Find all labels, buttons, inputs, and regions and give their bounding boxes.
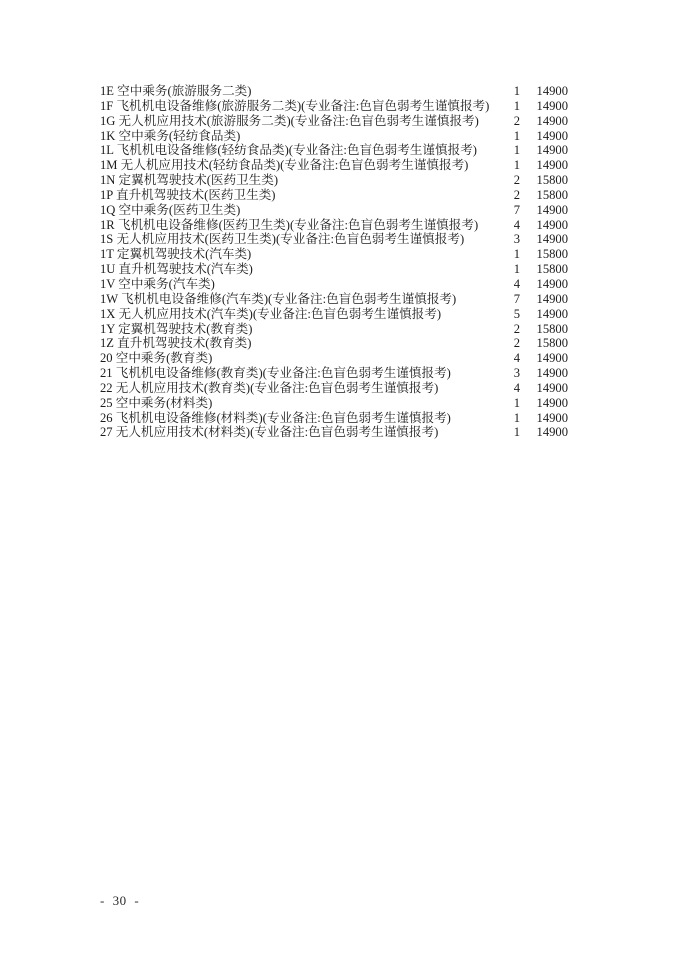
table-row: 1L 飞机机电设备维修(轻纺食品类)(专业备注:色盲色弱考生谨慎报考)11490… xyxy=(100,143,568,158)
table-row: 1K 空中乘务(轻纺食品类)114900 xyxy=(100,129,568,144)
program-label: 1Y 定翼机驾驶技术(教育类) xyxy=(100,322,492,337)
table-row: 20 空中乘务(教育类)414900 xyxy=(100,351,568,366)
table-row: 27 无人机应用技术(材料类)(专业备注:色盲色弱考生谨慎报考)114900 xyxy=(100,425,568,440)
plan-count: 7 xyxy=(492,203,520,218)
table-row: 1U 直升机驾驶技术(汽车类)115800 xyxy=(100,262,568,277)
plan-count: 4 xyxy=(492,381,520,396)
program-label: 1N 定翼机驾驶技术(医药卫生类) xyxy=(100,173,492,188)
table-row: 1S 无人机应用技术(医药卫生类)(专业备注:色盲色弱考生谨慎报考)314900 xyxy=(100,232,568,247)
tuition-fee: 14900 xyxy=(520,292,568,307)
program-label: 1M 无人机应用技术(轻纺食品类)(专业备注:色盲色弱考生谨慎报考) xyxy=(100,158,492,173)
table-row: 1P 直升机驾驶技术(医药卫生类)215800 xyxy=(100,188,568,203)
table-row: 1M 无人机应用技术(轻纺食品类)(专业备注:色盲色弱考生谨慎报考)114900 xyxy=(100,158,568,173)
tuition-fee: 15800 xyxy=(520,336,568,351)
program-label: 20 空中乘务(教育类) xyxy=(100,351,492,366)
table-row: 1N 定翼机驾驶技术(医药卫生类)215800 xyxy=(100,173,568,188)
plan-count: 1 xyxy=(492,247,520,262)
table-row: 1Y 定翼机驾驶技术(教育类)215800 xyxy=(100,322,568,337)
tuition-fee: 14900 xyxy=(520,84,568,99)
plan-count: 3 xyxy=(492,366,520,381)
plan-count: 2 xyxy=(492,114,520,129)
plan-count: 1 xyxy=(492,411,520,426)
tuition-fee: 14900 xyxy=(520,366,568,381)
plan-count: 2 xyxy=(492,322,520,337)
program-label: 1Z 直升机驾驶技术(教育类) xyxy=(100,336,492,351)
program-label: 1R 飞机机电设备维修(医药卫生类)(专业备注:色盲色弱考生谨慎报考) xyxy=(100,218,492,233)
table-row: 22 无人机应用技术(教育类)(专业备注:色盲色弱考生谨慎报考)414900 xyxy=(100,381,568,396)
tuition-fee: 14900 xyxy=(520,381,568,396)
plan-count: 1 xyxy=(492,84,520,99)
table-row: 21 飞机机电设备维修(教育类)(专业备注:色盲色弱考生谨慎报考)314900 xyxy=(100,366,568,381)
program-label: 27 无人机应用技术(材料类)(专业备注:色盲色弱考生谨慎报考) xyxy=(100,425,492,440)
table-row: 1E 空中乘务(旅游服务二类)114900 xyxy=(100,84,568,99)
tuition-fee: 14900 xyxy=(520,158,568,173)
plan-count: 4 xyxy=(492,218,520,233)
plan-count: 1 xyxy=(492,425,520,440)
program-label: 1Q 空中乘务(医药卫生类) xyxy=(100,203,492,218)
table-row: 1X 无人机应用技术(汽车类)(专业备注:色盲色弱考生谨慎报考)514900 xyxy=(100,307,568,322)
page-number: - 30 - xyxy=(100,893,139,909)
tuition-fee: 14900 xyxy=(520,396,568,411)
program-label: 1L 飞机机电设备维修(轻纺食品类)(专业备注:色盲色弱考生谨慎报考) xyxy=(100,143,492,158)
table-row: 1V 空中乘务(汽车类)414900 xyxy=(100,277,568,292)
table-row: 1G 无人机应用技术(旅游服务二类)(专业备注:色盲色弱考生谨慎报考)21490… xyxy=(100,114,568,129)
program-label: 21 飞机机电设备维修(教育类)(专业备注:色盲色弱考生谨慎报考) xyxy=(100,366,492,381)
table-row: 25 空中乘务(材料类)114900 xyxy=(100,396,568,411)
document-page: 1E 空中乘务(旅游服务二类)1149001F 飞机机电设备维修(旅游服务二类)… xyxy=(0,0,680,962)
plan-count: 1 xyxy=(492,262,520,277)
tuition-fee: 14900 xyxy=(520,203,568,218)
program-label: 25 空中乘务(材料类) xyxy=(100,396,492,411)
program-label: 1P 直升机驾驶技术(医药卫生类) xyxy=(100,188,492,203)
program-label: 1S 无人机应用技术(医药卫生类)(专业备注:色盲色弱考生谨慎报考) xyxy=(100,232,492,247)
tuition-fee: 14900 xyxy=(520,411,568,426)
table-row: 1Q 空中乘务(医药卫生类)714900 xyxy=(100,203,568,218)
table-row: 26 飞机机电设备维修(材料类)(专业备注:色盲色弱考生谨慎报考)114900 xyxy=(100,411,568,426)
plan-count: 7 xyxy=(492,292,520,307)
tuition-fee: 14900 xyxy=(520,425,568,440)
program-label: 1F 飞机机电设备维修(旅游服务二类)(专业备注:色盲色弱考生谨慎报考) xyxy=(100,99,492,114)
table-row: 1R 飞机机电设备维修(医药卫生类)(专业备注:色盲色弱考生谨慎报考)41490… xyxy=(100,218,568,233)
plan-count: 2 xyxy=(492,336,520,351)
tuition-fee: 14900 xyxy=(520,99,568,114)
program-label: 1G 无人机应用技术(旅游服务二类)(专业备注:色盲色弱考生谨慎报考) xyxy=(100,114,492,129)
tuition-fee: 14900 xyxy=(520,307,568,322)
tuition-fee: 14900 xyxy=(520,351,568,366)
plan-count: 3 xyxy=(492,232,520,247)
tuition-fee: 14900 xyxy=(520,277,568,292)
table-row: 1F 飞机机电设备维修(旅游服务二类)(专业备注:色盲色弱考生谨慎报考)1149… xyxy=(100,99,568,114)
tuition-fee: 14900 xyxy=(520,232,568,247)
table-row: 1Z 直升机驾驶技术(教育类)215800 xyxy=(100,336,568,351)
tuition-fee: 15800 xyxy=(520,247,568,262)
plan-count: 1 xyxy=(492,158,520,173)
program-label: 1E 空中乘务(旅游服务二类) xyxy=(100,84,492,99)
plan-count: 4 xyxy=(492,277,520,292)
table-row: 1T 定翼机驾驶技术(汽车类)115800 xyxy=(100,247,568,262)
tuition-fee: 15800 xyxy=(520,188,568,203)
program-label: 22 无人机应用技术(教育类)(专业备注:色盲色弱考生谨慎报考) xyxy=(100,381,492,396)
plan-count: 1 xyxy=(492,143,520,158)
tuition-fee: 14900 xyxy=(520,129,568,144)
program-list: 1E 空中乘务(旅游服务二类)1149001F 飞机机电设备维修(旅游服务二类)… xyxy=(100,84,568,440)
program-label: 1W 飞机机电设备维修(汽车类)(专业备注:色盲色弱考生谨慎报考) xyxy=(100,292,492,307)
plan-count: 2 xyxy=(492,188,520,203)
program-label: 1X 无人机应用技术(汽车类)(专业备注:色盲色弱考生谨慎报考) xyxy=(100,307,492,322)
table-row: 1W 飞机机电设备维修(汽车类)(专业备注:色盲色弱考生谨慎报考)714900 xyxy=(100,292,568,307)
program-label: 26 飞机机电设备维修(材料类)(专业备注:色盲色弱考生谨慎报考) xyxy=(100,411,492,426)
tuition-fee: 14900 xyxy=(520,114,568,129)
tuition-fee: 15800 xyxy=(520,322,568,337)
tuition-fee: 14900 xyxy=(520,143,568,158)
plan-count: 1 xyxy=(492,396,520,411)
program-label: 1T 定翼机驾驶技术(汽车类) xyxy=(100,247,492,262)
plan-count: 1 xyxy=(492,129,520,144)
plan-count: 2 xyxy=(492,173,520,188)
plan-count: 4 xyxy=(492,351,520,366)
program-label: 1U 直升机驾驶技术(汽车类) xyxy=(100,262,492,277)
tuition-fee: 15800 xyxy=(520,262,568,277)
tuition-fee: 14900 xyxy=(520,218,568,233)
program-label: 1V 空中乘务(汽车类) xyxy=(100,277,492,292)
plan-count: 5 xyxy=(492,307,520,322)
program-label: 1K 空中乘务(轻纺食品类) xyxy=(100,129,492,144)
plan-count: 1 xyxy=(492,99,520,114)
tuition-fee: 15800 xyxy=(520,173,568,188)
